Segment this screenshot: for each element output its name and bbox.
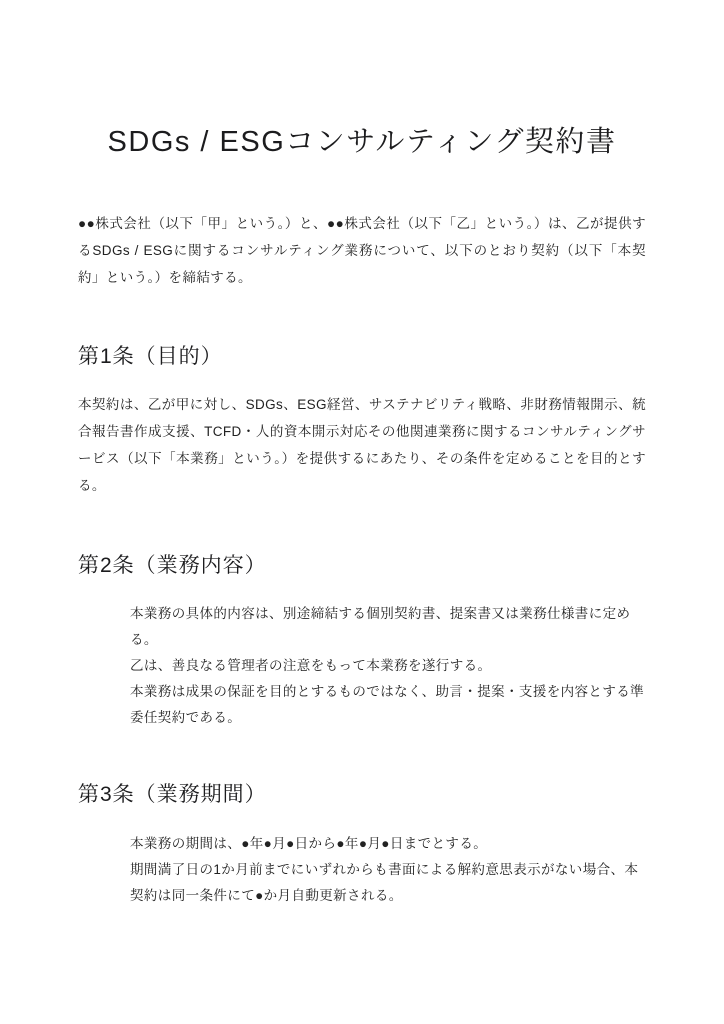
preamble-paragraph: ●●株式会社（以下「甲」という。）と、●●株式会社（以下「乙」という。）は、乙が… bbox=[78, 210, 646, 291]
section-article-2: 第2条（業務内容） 本業務の具体的内容は、別途締結する個別契約書、提案書又は業務… bbox=[78, 552, 646, 731]
section-1-heading: 第1条（目的） bbox=[78, 343, 646, 371]
section-2-heading: 第2条（業務内容） bbox=[78, 552, 646, 580]
section-3-heading: 第3条（業務期間） bbox=[78, 781, 646, 809]
section-item: 本業務の具体的内容は、別途締結する個別契約書、提案書又は業務仕様書に定める。 bbox=[130, 601, 645, 653]
section-item: 期間満了日の1か月前までにいずれからも書面による解約意思表示がない場合、本契約は… bbox=[130, 857, 645, 909]
section-item: 乙は、善良なる管理者の注意をもって本業務を遂行する。 bbox=[130, 653, 645, 679]
section-1-body: 本契約は、乙が甲に対し、SDGs、ESG経営、サステナビリティ戦略、非財務情報開… bbox=[78, 391, 646, 499]
section-article-3: 第3条（業務期間） 本業務の期間は、●年●月●日から●年●月●日までとする。 期… bbox=[78, 781, 646, 908]
page-title: SDGs / ESGコンサルティング契約書 bbox=[78, 0, 646, 163]
document-page: SDGs / ESGコンサルティング契約書 ●●株式会社（以下「甲」という。）と… bbox=[0, 0, 724, 1024]
section-article-1: 第1条（目的） 本契約は、乙が甲に対し、SDGs、ESG経営、サステナビリティ戦… bbox=[78, 343, 646, 499]
section-2-items: 本業務の具体的内容は、別途締結する個別契約書、提案書又は業務仕様書に定める。 乙… bbox=[130, 601, 645, 731]
section-item: 本業務の期間は、●年●月●日から●年●月●日までとする。 bbox=[130, 831, 645, 857]
section-3-items: 本業務の期間は、●年●月●日から●年●月●日までとする。 期間満了日の1か月前ま… bbox=[130, 831, 645, 909]
section-item: 本業務は成果の保証を目的とするものではなく、助言・提案・支援を内容とする準委任契… bbox=[130, 679, 645, 731]
